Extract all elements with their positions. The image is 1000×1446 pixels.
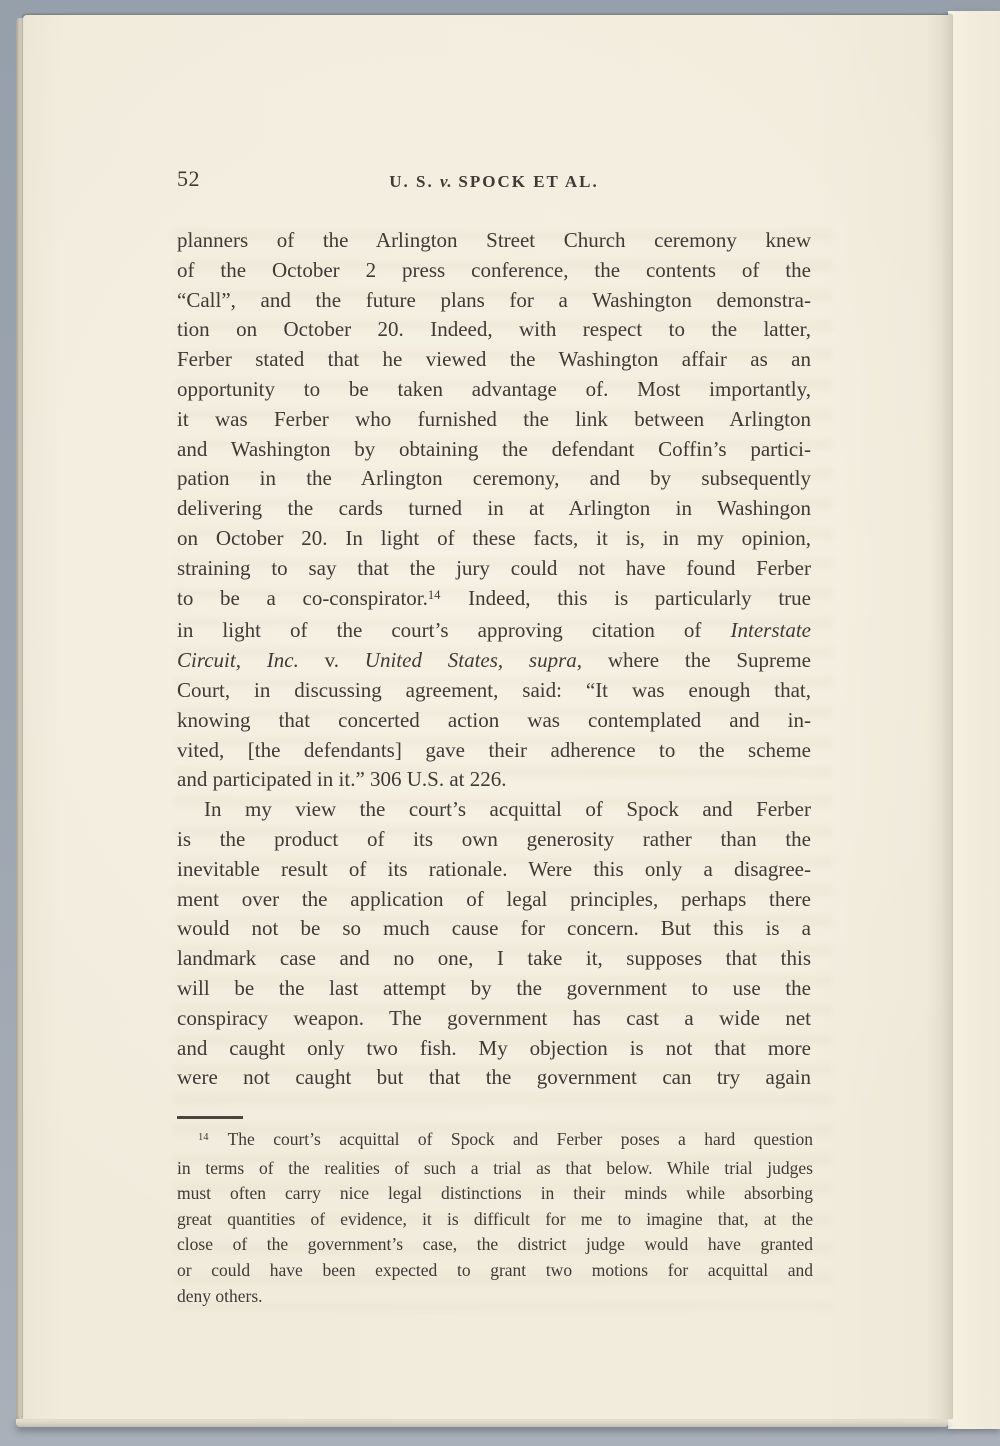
text-line: and participated in it.” 306 U.S. at 226… bbox=[177, 765, 811, 795]
text-line: landmark case and no one, I take it, sup… bbox=[177, 944, 811, 974]
text-line: and caught only two fish. My objection i… bbox=[177, 1034, 811, 1064]
text-line: knowing that concerted action was contem… bbox=[177, 706, 811, 736]
text-line: deny others. bbox=[177, 1284, 813, 1310]
book-scan: 52 U. S. v. SPOCK ET AL. planners of the… bbox=[0, 0, 1000, 1446]
paragraph: planners of the Arlington Street Church … bbox=[177, 226, 811, 795]
text-line: conspiracy weapon. The government has ca… bbox=[177, 1004, 811, 1034]
text-line: on October 20. In light of these facts, … bbox=[177, 524, 811, 554]
text-line: delivering the cards turned in at Arling… bbox=[177, 494, 811, 524]
text-line: and Washington by obtaining the defendan… bbox=[177, 435, 811, 465]
sheet-stack-edge-bottom bbox=[16, 1419, 948, 1427]
running-head: U. S. v. SPOCK ET AL. bbox=[177, 172, 811, 192]
text-line: is the product of its own generosity rat… bbox=[177, 825, 811, 855]
text-line: it was Ferber who furnished the link bet… bbox=[177, 405, 811, 435]
text-line: pation in the Arlington ceremony, and by… bbox=[177, 464, 811, 494]
text-line: Court, in discussing agreement, said: “I… bbox=[177, 676, 811, 706]
text-line: “Call”, and the future plans for a Washi… bbox=[177, 286, 811, 316]
footnote: 14 The court’s acquittal of Spock and Fe… bbox=[177, 1127, 813, 1309]
text-line: straining to say that the jury could not… bbox=[177, 554, 811, 584]
text-line: opportunity to be taken advantage of. Mo… bbox=[177, 375, 811, 405]
text-line: 14 The court’s acquittal of Spock and Fe… bbox=[177, 1127, 813, 1156]
footnote-rule bbox=[177, 1116, 243, 1119]
text-line: great quantities of evidence, it is diff… bbox=[177, 1207, 813, 1233]
text-line: must often carry nice legal distinctions… bbox=[177, 1181, 813, 1207]
text-line: of the October 2 press conference, the c… bbox=[177, 256, 811, 286]
text-line: in terms of the realities of such a tria… bbox=[177, 1156, 813, 1182]
paragraph: In my view the court’s acquittal of Spoc… bbox=[177, 795, 811, 1093]
body-text: planners of the Arlington Street Church … bbox=[177, 226, 811, 1093]
text-line: In my view the court’s acquittal of Spoc… bbox=[177, 795, 811, 825]
text-line: close of the government’s case, the dist… bbox=[177, 1232, 813, 1258]
text-line: or could have been expected to grant two… bbox=[177, 1258, 813, 1284]
paragraph: 14 The court’s acquittal of Spock and Fe… bbox=[177, 1127, 813, 1309]
text-line: Circuit, Inc. v. United States, supra, w… bbox=[177, 646, 811, 676]
text-line: planners of the Arlington Street Church … bbox=[177, 226, 811, 256]
text-line: would not be so much cause for concern. … bbox=[177, 914, 811, 944]
facing-page-edge bbox=[948, 11, 1000, 1429]
text-line: will be the last attempt by the governme… bbox=[177, 974, 811, 1004]
text-line: inevitable result of its rationale. Were… bbox=[177, 855, 811, 885]
text-line: vited, [the defendants] gave their adher… bbox=[177, 736, 811, 766]
text-line: tion on October 20. Indeed, with respect… bbox=[177, 315, 811, 345]
text-line: Ferber stated that he viewed the Washing… bbox=[177, 345, 811, 375]
text-line: in light of the court’s approving citati… bbox=[177, 616, 811, 646]
text-line: ment over the application of legal princ… bbox=[177, 885, 811, 915]
book-page: 52 U. S. v. SPOCK ET AL. planners of the… bbox=[23, 15, 952, 1419]
text-line: to be a co-conspirator.14 Indeed, this i… bbox=[177, 584, 811, 617]
text-line: were not caught but that the government … bbox=[177, 1063, 811, 1093]
